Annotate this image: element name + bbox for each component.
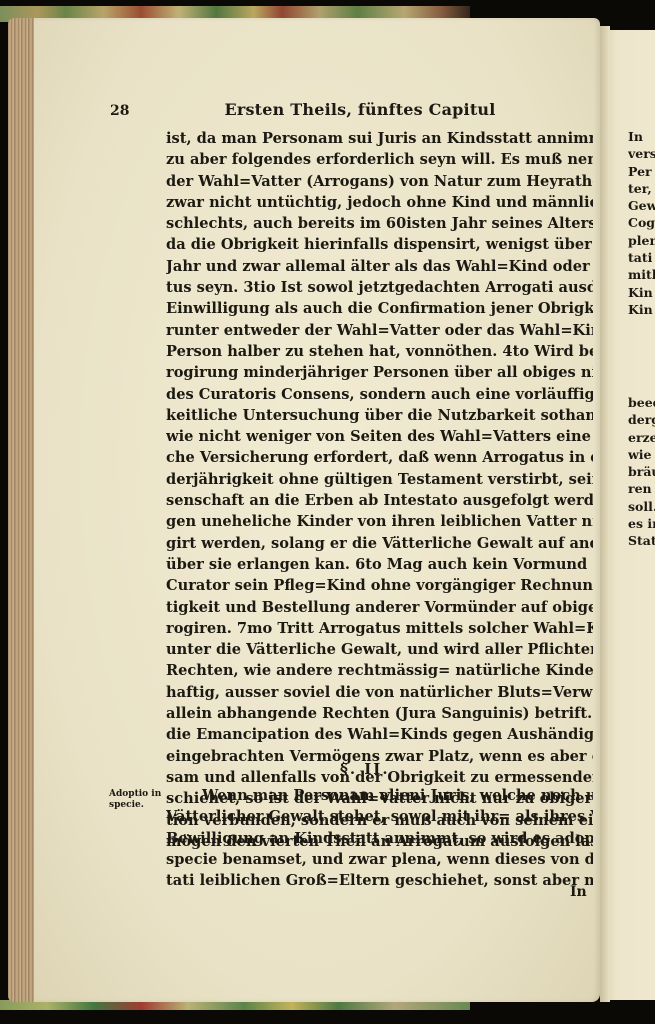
text-line: schlechts, auch bereits im 60isten Jahr …: [166, 213, 593, 234]
right-page-text-top: InversPerter,GewCogplentatimithKinKin: [628, 128, 655, 318]
text-line: rogirung minderjähriger Personen über al…: [166, 362, 593, 383]
right-page-text-middle: beeddergerzeiwiebräurensoll.es inStat: [628, 394, 655, 550]
text-line: tus seyn. 3tio Ist sowol jetztgedachten …: [166, 277, 593, 298]
text-fragment: beed: [628, 394, 655, 411]
text-fragment: ren: [628, 480, 655, 497]
paragraph-2: Wenn man Personam alieni Juris, welche n…: [166, 785, 593, 891]
text-fragment: tati: [628, 249, 655, 266]
text-fragment: Per: [628, 163, 655, 180]
text-line: zu aber folgendes erforderlich seyn will…: [166, 149, 593, 170]
text-line: che Versicherung erfordert, daß wenn Arr…: [166, 447, 593, 468]
text-fragment: Kin: [628, 284, 655, 301]
page-header: 28 Ersten Theils, fünftes Capitul: [110, 100, 600, 124]
text-fragment: ter,: [628, 180, 655, 197]
text-fragment: plen: [628, 232, 655, 249]
text-line: Jahr und zwar allemal älter als das Wahl…: [166, 256, 593, 277]
text-fragment: mith: [628, 266, 655, 283]
text-fragment: es in: [628, 515, 655, 532]
text-fragment: bräu: [628, 463, 655, 480]
margin-note: Adoptio in specie.: [109, 789, 169, 811]
text-fragment: soll.: [628, 498, 655, 515]
text-line: Bewilligung an Kindsstatt annimmt, so wi…: [166, 828, 593, 849]
text-line: tigkeit und Bestellung anderer Vormünder…: [166, 597, 593, 618]
gutter: [600, 26, 610, 1002]
text-line: wie nicht weniger von Seiten des Wahl=Va…: [166, 426, 593, 447]
text-line: der Wahl=Vatter (Arrogans) von Natur zum…: [166, 171, 593, 192]
text-line: ist, da man Personam sui Juris an Kindss…: [166, 128, 593, 149]
text-fragment: Kin: [628, 301, 655, 318]
text-line: derjährigkeit ohne gültigen Testament ve…: [166, 469, 593, 490]
text-line: zwar nicht untüchtig, jedoch ohne Kind u…: [166, 192, 593, 213]
text-line: allein abhangende Rechten (Jura Sanguini…: [166, 703, 593, 724]
text-fragment: derg: [628, 411, 655, 428]
catchword: In: [570, 884, 587, 900]
text-line: über sie erlangen kan. 6to Mag auch kein…: [166, 554, 593, 575]
text-line: tati leiblichen Groß=Eltern geschiehet, …: [166, 870, 593, 891]
paragraph-1: ist, da man Personam sui Juris an Kindss…: [166, 128, 593, 852]
text-fragment: In: [628, 128, 655, 145]
text-line: runter entweder der Wahl=Vatter oder das…: [166, 320, 593, 341]
text-line: girt werden, solang er die Vätterliche G…: [166, 533, 593, 554]
text-fragment: Cog: [628, 214, 655, 231]
running-head: Ersten Theils, fünftes Capitul: [170, 100, 550, 119]
text-line: des Curatoris Consens, sondern auch eine…: [166, 384, 593, 405]
text-line: rogiren. 7mo Tritt Arrogatus mittels sol…: [166, 618, 593, 639]
text-line: Wenn man Personam alieni Juris, welche n…: [166, 785, 593, 806]
text-line: da die Obrigkeit hierinfalls dispensirt,…: [166, 234, 593, 255]
text-line: keitliche Untersuchung über die Nutzbark…: [166, 405, 593, 426]
page-number: 28: [110, 103, 129, 119]
text-fragment: wie: [628, 446, 655, 463]
text-line: senschaft an die Erben ab Intestato ausg…: [166, 490, 593, 511]
section-heading: §. II.: [340, 760, 390, 778]
text-line: gen uneheliche Kinder von ihren leiblich…: [166, 511, 593, 532]
text-line: Rechten, wie andere rechtmässig= natürli…: [166, 660, 593, 681]
text-fragment: Gew: [628, 197, 655, 214]
text-line: haftig, ausser soviel die von natürliche…: [166, 682, 593, 703]
text-fragment: Stat: [628, 532, 655, 549]
text-line: Vätterlicher Gewalt stehet, sowol mit ih…: [166, 806, 593, 827]
text-line: specie benamset, und zwar plena, wenn di…: [166, 849, 593, 870]
text-line: Einwilligung als auch die Confirmation j…: [166, 298, 593, 319]
text-line: Person halber zu stehen hat, vonnöthen. …: [166, 341, 593, 362]
text-line: die Emancipation des Wahl=Kinds gegen Au…: [166, 724, 593, 745]
text-fragment: erzei: [628, 429, 655, 446]
text-fragment: vers: [628, 145, 655, 162]
text-line: unter die Vätterliche Gewalt, und wird a…: [166, 639, 593, 660]
text-line: Curator sein Pfleg=Kind ohne vorgängiger…: [166, 575, 593, 596]
